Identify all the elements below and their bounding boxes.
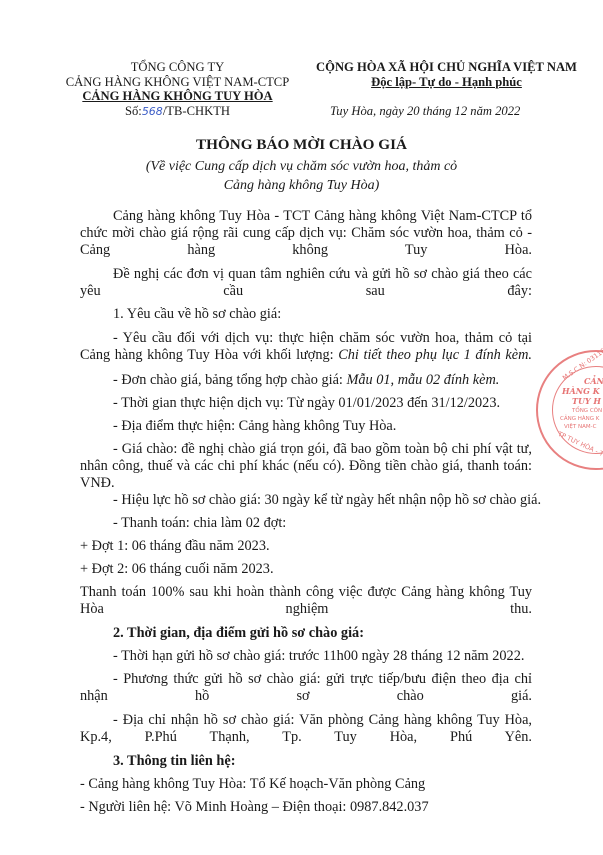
section-2-title: 2. Thời gian, địa điểm gửi hồ sơ chào gi…: [113, 625, 364, 642]
submission-deadline: - Thời hạn gửi hồ sơ chào giá: trước 11h…: [113, 648, 524, 665]
official-seal: M.S.C.N: 0311638 CẢNG HÀNG K TUY H TỔNG …: [536, 350, 603, 470]
seal-name-3: TUY H: [572, 396, 601, 406]
subtitle-line-1: (Về việc Cung cấp dịch vụ chăm sóc vườn …: [0, 157, 603, 176]
form-templates-reference: Mẫu 01, mẫu 02 đính kèm.: [346, 372, 499, 388]
seal-name-1: CẢNG: [584, 376, 603, 386]
payment-installment-2: + Đợt 2: 06 tháng cuối năm 2023.: [80, 561, 274, 578]
issuer-block: TỔNG CÔNG TY CẢNG HÀNG KHÔNG VIỆT NAM-CT…: [60, 60, 295, 119]
requirement-place: - Địa điểm thực hiện: Cảng hàng không Tu…: [113, 418, 396, 435]
request-text: Đề nghị các đơn vị quan tâm nghiên cứu v…: [80, 266, 532, 299]
national-motto-block: CỘNG HÒA XÃ HỘI CHỦ NGHĨA VIỆT NAM Độc l…: [290, 60, 603, 89]
requirement-price-text: - Giá chào: đề nghị chào giá trọn gói, đ…: [80, 441, 532, 491]
contact-organization: - Cảng hàng không Tuy Hòa: Tổ Kế hoạch-V…: [80, 776, 425, 793]
requirement-form-text: - Đơn chào giá, bảng tổng hợp chào giá:: [113, 372, 346, 388]
appendix-reference: Chi tiết theo phụ lục 1 đính kèm.: [338, 347, 532, 363]
seal-org-3: VIỆT NAM-C: [564, 424, 596, 430]
document-subtitle: (Về việc Cung cấp dịch vụ chăm sóc vườn …: [0, 157, 603, 195]
submission-address-text: - Địa chỉ nhận hồ sơ chào giá: Văn phòng…: [80, 712, 532, 745]
document-date: Tuy Hòa, ngày 20 tháng 12 năm 2022: [330, 104, 520, 119]
intro-text: Cảng hàng không Tuy Hòa - TCT Cảng hàng …: [80, 208, 532, 258]
submission-method-text: - Phương thức gửi hồ sơ chào giá: gửi tr…: [80, 671, 532, 704]
document-number-handwritten: 568: [142, 105, 163, 118]
payment-note-text: Thanh toán 100% sau khi hoàn thành công …: [80, 584, 532, 617]
issuer-parent: TỔNG CÔNG TY: [60, 60, 295, 75]
seal-org-2: CẢNG HÀNG K: [560, 416, 599, 422]
issuer-name: CẢNG HÀNG KHÔNG TUY HÒA: [60, 89, 295, 104]
requirement-payment: - Thanh toán: chia làm 02 đợt:: [113, 515, 286, 532]
section-1-title: 1. Yêu cầu về hồ sơ chào giá:: [113, 306, 281, 323]
payment-installment-1: + Đợt 1: 06 tháng đầu năm 2023.: [80, 538, 270, 555]
national-motto: Độc lập- Tự do - Hạnh phúc: [290, 75, 603, 90]
requirement-validity: - Hiệu lực hồ sơ chào giá: 30 ngày kể từ…: [113, 492, 541, 509]
seal-name-2: HÀNG K: [562, 386, 600, 396]
seal-org-1: TỔNG CÔN: [572, 408, 602, 414]
requirement-time: - Thời gian thực hiện dịch vụ: Từ ngày 0…: [113, 395, 500, 412]
requirement-form: - Đơn chào giá, bảng tổng hợp chào giá: …: [113, 372, 499, 389]
contact-person: - Người liên hệ: Võ Minh Hoàng – Điện th…: [80, 799, 429, 816]
country-name: CỘNG HÒA XÃ HỘI CHỦ NGHĨA VIỆT NAM: [290, 60, 603, 75]
document-number: Số:568/TB-CHKTH: [60, 104, 295, 120]
issuer-corporation: CẢNG HÀNG KHÔNG VIỆT NAM-CTCP: [60, 75, 295, 90]
document-number-prefix: Số:: [125, 104, 142, 118]
subtitle-line-2: Cảng hàng không Tuy Hòa): [0, 176, 603, 195]
section-3-title: 3. Thông tin liên hệ:: [113, 753, 235, 770]
document-title: THÔNG BÁO MỜI CHÀO GIÁ: [0, 136, 603, 154]
document-number-suffix: /TB-CHKTH: [163, 104, 230, 118]
